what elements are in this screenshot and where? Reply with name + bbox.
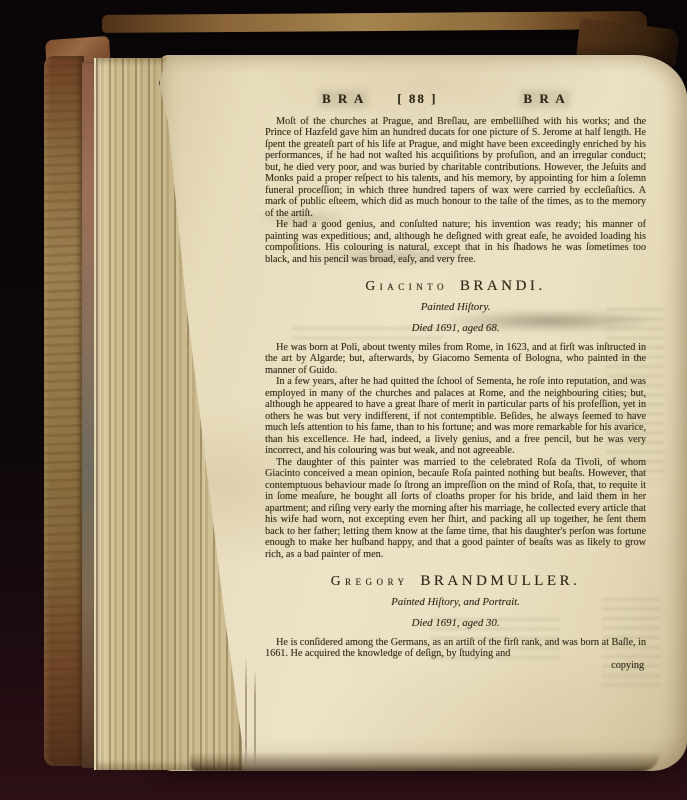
entry-death-line: Died 1691, aged 68.: [265, 323, 646, 335]
entry-paragraph: He was born at Poli, about twenty miles …: [265, 342, 646, 377]
entry-genre-line: Painted Hiſtory.: [265, 302, 646, 314]
book-top-edge: [102, 11, 647, 33]
running-head: B R A [ 88 ] B R A: [265, 93, 646, 105]
printed-text-block: B R A [ 88 ] B R A Moſt of the churches …: [265, 93, 646, 671]
leather-cover-left-edge: [44, 56, 84, 766]
entry-surname: BRANDI.: [460, 278, 546, 294]
entry-heading-brandi: Giacinto BRANDI.: [265, 280, 646, 293]
intro-paragraph: He had a good genius, and conſulted natu…: [265, 219, 646, 265]
entry-given-name: Gregory: [331, 573, 409, 588]
entry-paragraph: He is conſidered among the Germans, as a…: [265, 637, 646, 660]
running-title-left: B R A: [322, 93, 365, 105]
page-number: [ 88 ]: [397, 93, 437, 105]
page-bottom-curl-shadow: [190, 752, 660, 772]
page-gutter-crease: [245, 655, 247, 767]
entry-genre-line: Painted Hiſtory, and Portrait.: [265, 597, 646, 609]
intro-paragraph: Moſt of the churches at Prague, and Breſ…: [265, 116, 646, 220]
catchword: copying: [265, 660, 646, 672]
entry-paragraph: The daughter of this painter was married…: [265, 457, 646, 561]
running-title-right: B R A: [523, 93, 566, 105]
entry-given-name: Giacinto: [365, 278, 448, 293]
entry-heading-brandmuller: Gregory BRANDMULLER.: [265, 575, 646, 588]
entry-paragraph: In a few years, after he had quitted the…: [265, 376, 646, 457]
book-scan-photo: B R A [ 88 ] B R A Moſt of the churches …: [0, 0, 687, 800]
entry-death-line: Died 1691, aged 30.: [265, 618, 646, 630]
entry-surname: BRANDMULLER.: [420, 573, 580, 589]
